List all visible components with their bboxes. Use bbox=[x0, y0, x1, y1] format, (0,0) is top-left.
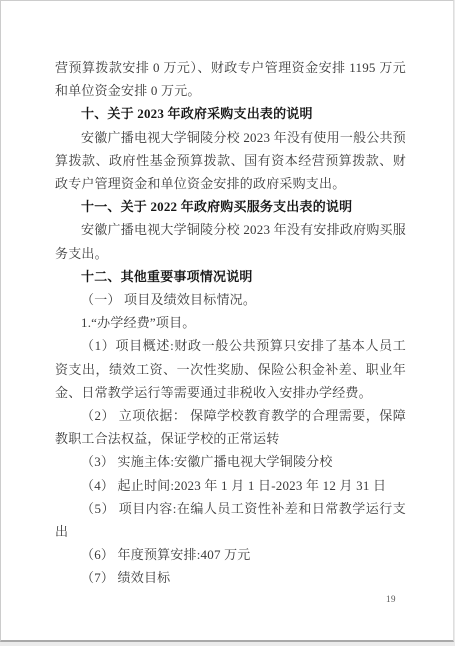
paragraph: （4） 起止时间:2023 年 1 月 1 日-2023 年 12 月 31 日 bbox=[55, 474, 406, 497]
section-heading-10: 十、关于 2023 年政府采购支出表的说明 bbox=[55, 102, 406, 125]
paragraph-continuation: 营预算拨款安排 0 万元）、财政专户管理资金安排 1195 万元和单位资金安排 … bbox=[55, 56, 406, 102]
paragraph: （2） 立项依据： 保障学校教育教学的合理需要，保障教职工合法权益，保证学校的正… bbox=[55, 404, 406, 450]
page-content: 营预算拨款安排 0 万元）、财政专户管理资金安排 1195 万元和单位资金安排 … bbox=[55, 56, 406, 590]
paragraph: （7） 绩效目标 bbox=[55, 566, 406, 589]
paragraph: 安徽广播电视大学铜陵分校 2023 年没有使用一般公共预算拨款、政府性基金预算拨… bbox=[55, 126, 406, 196]
paragraph: （5） 项目内容:在编人员工资性补差和日常教学运行支出 bbox=[55, 497, 406, 543]
section-heading-11: 十一、关于 2022 年政府购买服务支出表的说明 bbox=[55, 195, 406, 218]
document-page: 营预算拨款安排 0 万元）、财政专户管理资金安排 1195 万元和单位资金安排 … bbox=[0, 0, 454, 642]
page-number: 19 bbox=[386, 594, 396, 604]
paragraph: （一） 项目及绩效目标情况。 bbox=[55, 288, 406, 311]
paragraph: 1.“办学经费”项目。 bbox=[55, 311, 406, 334]
paragraph: 安徽广播电视大学铜陵分校 2023 年没有安排政府购买服务支出。 bbox=[55, 218, 406, 264]
document-viewer: 营预算拨款安排 0 万元）、财政专户管理资金安排 1195 万元和单位资金安排 … bbox=[0, 0, 455, 646]
paragraph: （6） 年度预算安排:407 万元 bbox=[55, 543, 406, 566]
section-heading-12: 十二、其他重要事项情况说明 bbox=[55, 265, 406, 288]
paragraph: （1）项目概述:财政一般公共预算只安排了基本人员工资支出，绩效工资、一次性奖励、… bbox=[55, 334, 406, 404]
paragraph: （3） 实施主体:安徽广播电视大学铜陵分校 bbox=[55, 450, 406, 473]
